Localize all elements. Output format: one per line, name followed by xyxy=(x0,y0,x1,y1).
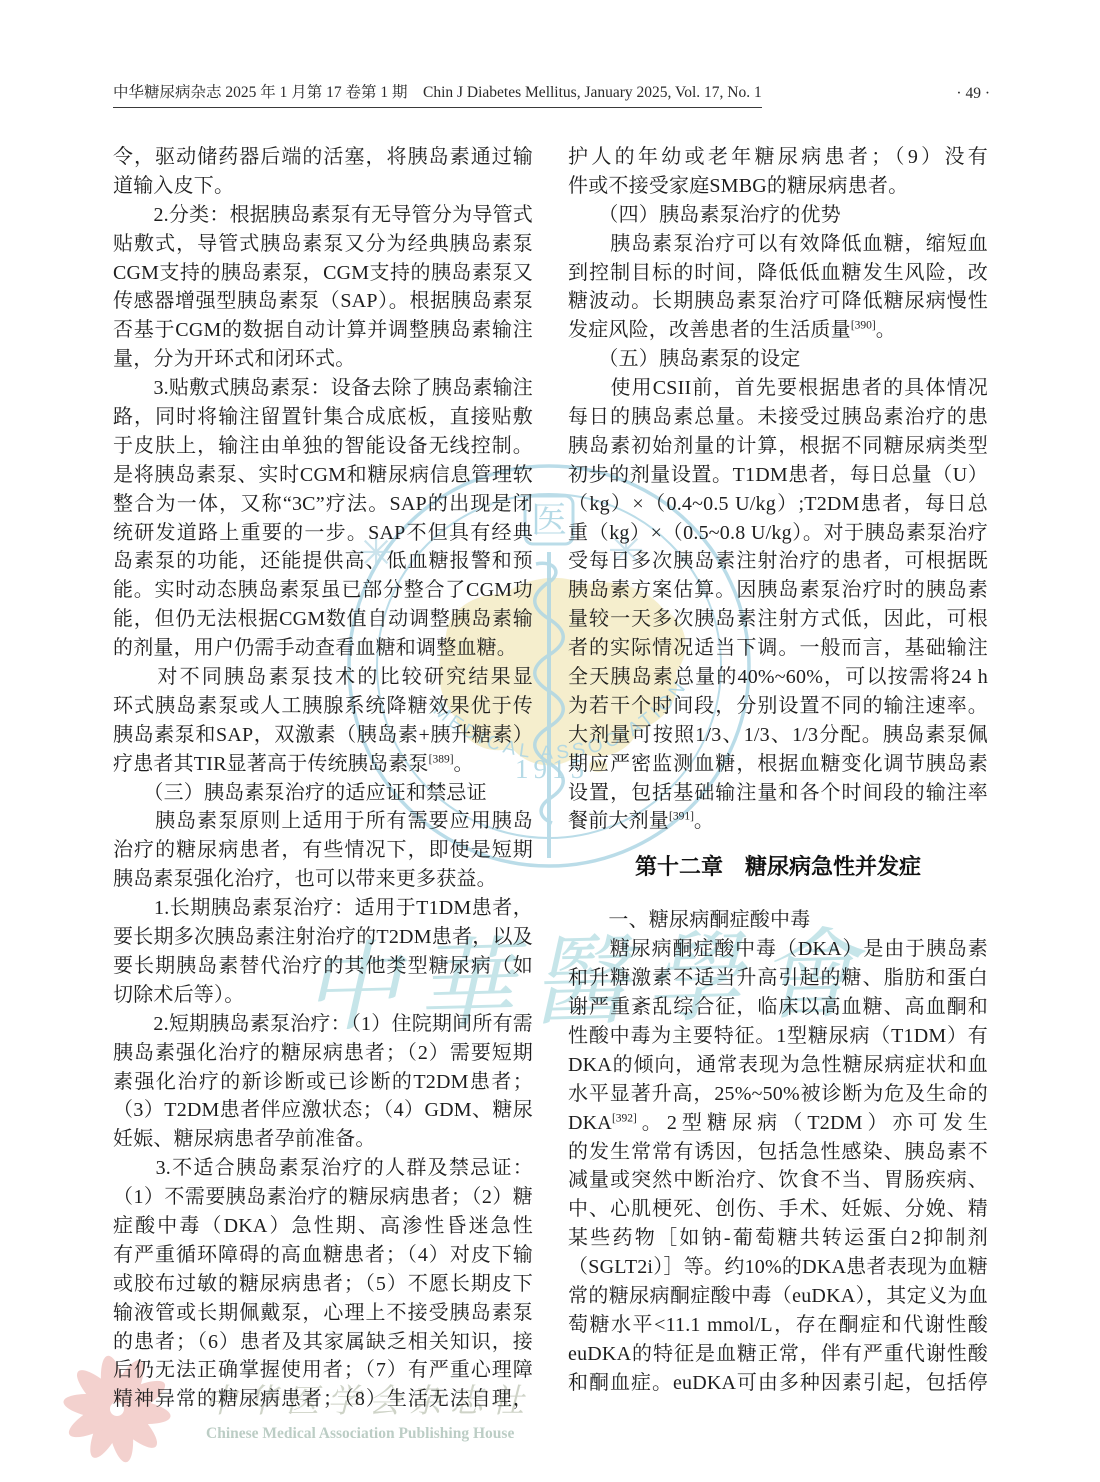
text-line: 环式胰岛素泵或人工胰腺系统降糖效果优于传统 xyxy=(113,692,533,721)
text-line: 护人的年幼或老年糖尿病患者；（9）没有SMBG条 xyxy=(568,143,988,172)
text-line: 受每日多次胰岛素注射治疗的患者，可根据既往的 xyxy=(568,547,988,576)
text-line: 性酸中毒为主要特征。1型糖尿病（T1DM）有发生 xyxy=(568,1022,988,1051)
text-line: 道输入皮下。 xyxy=(113,172,533,201)
text-line: 大剂量可按照1/3、1/3、1/3分配。胰岛素泵佩戴初 xyxy=(568,721,988,750)
text-line: （三）胰岛素泵治疗的适应证和禁忌证 xyxy=(113,779,533,808)
text-line: （1）不需要胰岛素治疗的糖尿病患者；（2）糖尿病酮 xyxy=(113,1183,533,1212)
text-line: 2.短期胰岛素泵治疗：（1）住院期间所有需要 xyxy=(113,1010,533,1039)
left-column-text: 令，驱动储药器后端的活塞，将胰岛素通过输液管道输入皮下。 2.分类：根据胰岛素泵… xyxy=(113,143,533,1414)
text-line: 件或不接受家庭SMBG的糖尿病患者。 xyxy=(568,172,988,201)
text-line: 到控制目标的时间，降低低血糖发生风险，改善血 xyxy=(568,259,988,288)
text-line: 量较一天多次胰岛素注射方式低，因此，可根据患 xyxy=(568,605,988,634)
text-line: （四）胰岛素泵治疗的优势 xyxy=(568,201,988,230)
page-number: · 49 · xyxy=(956,84,990,103)
right-column-lower: 一、糖尿病酮症酸中毒 糖尿病酮症酸中毒（DKA）是由于胰岛素不足和升糖激素不适当… xyxy=(568,906,988,1397)
text-line: 胰岛素初始剂量的计算，根据不同糖尿病类型进行 xyxy=(568,432,988,461)
text-line: 萄糖水平<11.1 mmol/L，存在酮症和代谢性酸中毒。 xyxy=(568,1311,988,1340)
text-line: 使用CSII前，首先要根据患者的具体情况确定 xyxy=(568,374,988,403)
text-line: 初步的剂量设置。T1DM患者，每日总量（U）=体重 xyxy=(568,461,988,490)
text-line: 某些药物［如钠-葡萄糖共转运蛋白2抑制剂 xyxy=(568,1224,988,1253)
text-line: 传感器增强型胰岛素泵（SAP）。根据胰岛素泵能 xyxy=(113,287,533,316)
text-line: 2.分类：根据胰岛素泵有无导管分为导管式和 xyxy=(113,201,533,230)
text-line: 发症风险，改善患者的生活质量[390]。 xyxy=(568,316,988,345)
text-line: 有严重循环障碍的高血糖患者；（4）对皮下输液管 xyxy=(113,1241,533,1270)
text-line: 切除术后等）。 xyxy=(113,981,533,1010)
text-line: 贴敷式，导管式胰岛素泵又分为经典胰岛素泵和 xyxy=(113,230,533,259)
text-line: 设置，包括基础输注量和各个时间段的输注率以及 xyxy=(568,779,988,808)
text-line: 全天胰岛素总量的40%~60%，可以按需将24 h分 xyxy=(568,663,988,692)
text-line: 于皮肤上，输注由单独的智能设备无线控制。SAP xyxy=(113,432,533,461)
text-line: 者的实际情况适当下调。一般而言，基础输注量占 xyxy=(568,634,988,663)
text-line: 统研发道路上重要的一步。SAP不但具有经典胰 xyxy=(113,519,533,548)
text-line: 和升糖激素不适当升高引起的糖、脂肪和蛋白质代 xyxy=(568,964,988,993)
text-line: 每日的胰岛素总量。未接受过胰岛素治疗的患者 xyxy=(568,403,988,432)
text-line: DKA[392]。2型糖尿病（T2DM）亦可发生DKA。DKA xyxy=(568,1109,988,1138)
text-line: 输液管或长期佩戴泵，心理上不接受胰岛素泵治疗 xyxy=(113,1299,533,1328)
text-line: CGM支持的胰岛素泵，CGM支持的胰岛素泵又称 xyxy=(113,259,533,288)
text-line: 症酸中毒（DKA）急性期、高渗性昏迷急性期；（3）伴 xyxy=(113,1212,533,1241)
text-line: 胰岛素强化治疗的糖尿病患者；（2）需要短期胰岛 xyxy=(113,1039,533,1068)
text-line: 疗患者其TIR显著高于传统胰岛素泵[389]。 xyxy=(113,750,533,779)
text-line: 餐前大剂量[391]。 xyxy=(568,807,988,836)
publisher-name-en: Chinese Medical Association Publishing H… xyxy=(206,1425,514,1442)
text-line: 素强化治疗的新诊断或已诊断的T2DM患者； xyxy=(113,1068,533,1097)
text-line: 要长期胰岛素替代治疗的其他类型糖尿病（如胰腺 xyxy=(113,952,533,981)
text-line: 能。实时动态胰岛素泵虽已部分整合了CGM功 xyxy=(113,576,533,605)
text-line: 胰岛素方案估算。因胰岛素泵治疗时的胰岛素用 xyxy=(568,576,988,605)
text-line: 胰岛素泵和SAP，双激素（胰岛素+胰升糖素）泵治 xyxy=(113,721,533,750)
text-line: 的剂量，用户仍需手动查看血糖和调整血糖。 xyxy=(113,634,533,663)
text-line: 1.长期胰岛素泵治疗：适用于T1DM患者，需 xyxy=(113,894,533,923)
text-line: 或胶布过敏的糖尿病患者；（5）不愿长期皮下埋置 xyxy=(113,1270,533,1299)
text-line: 重（kg）×（0.5~0.8 U/kg）。对于胰岛素泵治疗前接 xyxy=(568,519,988,548)
text-line: 减量或突然中断治疗、饮食不当、胃肠疾病、脑卒 xyxy=(568,1166,988,1195)
text-line: 和酮血症。euDKA可由多种因素引起，包括停用或 xyxy=(568,1369,988,1398)
text-line: 谢严重紊乱综合征，临床以高血糖、高血酮和代谢 xyxy=(568,993,988,1022)
text-line: 治疗的糖尿病患者，有些情况下，即使是短期使用 xyxy=(113,836,533,865)
text-line: 是将胰岛素泵、实时CGM和糖尿病信息管理软件 xyxy=(113,461,533,490)
text-line: 的患者；（6）患者及其家属缺乏相关知识，接受培训 xyxy=(113,1328,533,1357)
text-line: 路，同时将输注留置针集合成底板，直接贴敷佩戴 xyxy=(113,403,533,432)
right-column-text: 护人的年幼或老年糖尿病患者；（9）没有SMBG条件或不接受家庭SMBG的糖尿病患… xyxy=(568,143,988,1398)
text-line: 水平显著升高，25%~50%被诊断为危及生命的 xyxy=(568,1080,988,1109)
text-line: 后仍无法正确掌握使用者；（7）有严重心理障碍或 xyxy=(113,1356,533,1385)
medical-character: 医 xyxy=(531,499,567,540)
text-line: （kg）×（0.4~0.5 U/kg）;T2DM患者，每日总量（U）=体 xyxy=(568,490,988,519)
snake-staff-icon xyxy=(535,563,564,823)
text-line: 的发生常常有诱因，包括急性感染、胰岛素不适当 xyxy=(568,1138,988,1167)
text-line: （3）T2DM患者伴应激状态；（4）GDM、糖尿病合并 xyxy=(113,1096,533,1125)
journal-title-line: 中华糖尿病杂志 2025 年 1 月第 17 卷第 1 期 Chin J Dia… xyxy=(113,84,762,108)
text-line: 对不同胰岛素泵技术的比较研究结果显示，闭 xyxy=(113,663,533,692)
text-line: 胰岛素泵治疗可以有效降低血糖，缩短血糖达 xyxy=(568,230,988,259)
text-line: 胰岛素泵强化治疗，也可以带来更多获益。 xyxy=(113,865,533,894)
text-line: （SGLT2i）］等。约10%的DKA患者表现为血糖正 xyxy=(568,1253,988,1282)
text-line: 整合为一体，又称“3C”疗法。SAP的出现是闭环系 xyxy=(113,490,533,519)
text-line: DKA的倾向，通常表现为急性糖尿病症状和血糖 xyxy=(568,1051,988,1080)
text-line: 3.不适合胰岛素泵治疗的人群及禁忌证： xyxy=(113,1154,533,1183)
text-line: 常的糖尿病酮症酸中毒（euDKA），其定义为血浆葡 xyxy=(568,1282,988,1311)
text-line: 能，但仍无法根据CGM数值自动调整胰岛素输注 xyxy=(113,605,533,634)
text-line: 要长期多次胰岛素注射治疗的T2DM患者，以及需 xyxy=(113,923,533,952)
text-line: euDKA的特征是血糖正常，伴有严重代谢性酸中毒 xyxy=(568,1340,988,1369)
page-header: 中华糖尿病杂志 2025 年 1 月第 17 卷第 1 期 Chin J Dia… xyxy=(113,84,990,108)
text-line: 中、心肌梗死、创伤、手术、妊娠、分娩、精神刺激或 xyxy=(568,1195,988,1224)
right-column-upper: 护人的年幼或老年糖尿病患者；（9）没有SMBG条件或不接受家庭SMBG的糖尿病患… xyxy=(568,143,988,836)
text-line: 岛素泵的功能，还能提供高、低血糖报警和预警功 xyxy=(113,547,533,576)
text-line: 期应严密监测血糖，根据血糖变化调节胰岛素泵的 xyxy=(568,750,988,779)
text-line: 胰岛素泵原则上适用于所有需要应用胰岛素 xyxy=(113,807,533,836)
journal-page: 医 ✳ ✳ 1915 MEDICAL ASSOCIATION 中華醫學會 xyxy=(0,0,1100,1482)
text-line: 否基于CGM的数据自动计算并调整胰岛素输注剂 xyxy=(113,316,533,345)
text-line: 一、糖尿病酮症酸中毒 xyxy=(568,906,988,935)
text-line: 糖尿病酮症酸中毒（DKA）是由于胰岛素不足 xyxy=(568,935,988,964)
text-line: （五）胰岛素泵的设定 xyxy=(568,345,988,374)
text-line: 为若干个时间段，分别设置不同的输注速率。餐前 xyxy=(568,692,988,721)
text-line: 量，分为开环式和闭环式。 xyxy=(113,345,533,374)
text-line: 糖波动。长期胰岛素泵治疗可降低糖尿病慢性并 xyxy=(568,287,988,316)
chapter-heading: 第十二章 糖尿病急性并发症 xyxy=(568,852,988,882)
text-line: 妊娠、糖尿病患者孕前准备。 xyxy=(113,1125,533,1154)
text-line: 3.贴敷式胰岛素泵：设备去除了胰岛素输注管 xyxy=(113,374,533,403)
text-line: 精神异常的糖尿病患者；（8）生活无法自理，且无监 xyxy=(113,1385,533,1414)
text-line: 令，驱动储药器后端的活塞，将胰岛素通过输液管 xyxy=(113,143,533,172)
